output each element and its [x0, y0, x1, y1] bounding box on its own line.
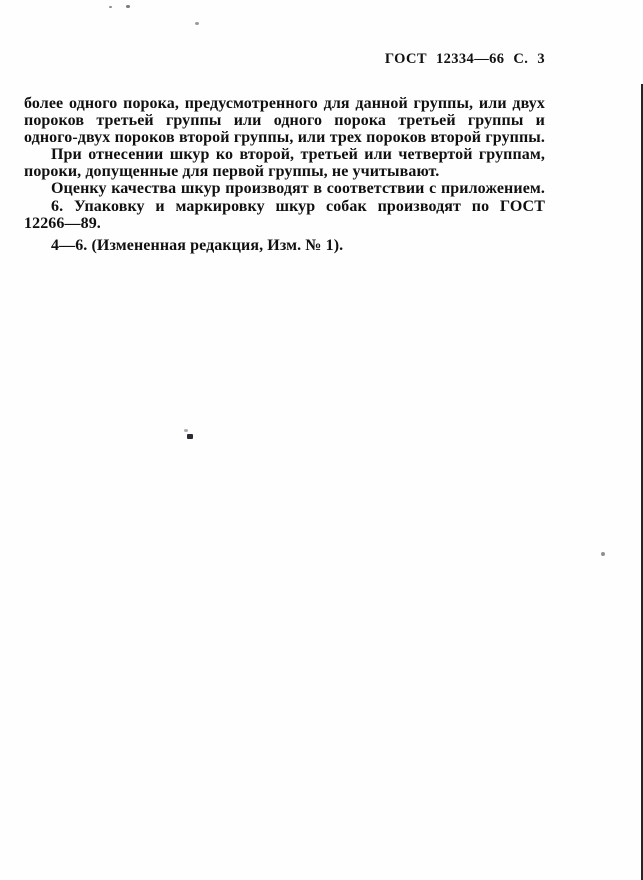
- text-line: Оценку качества шкур производят в соотве…: [24, 180, 545, 197]
- scan-speck: [601, 552, 605, 556]
- scan-speck: [195, 22, 199, 25]
- text-line: 4—6. (Измененная редакция, Изм. № 1).: [24, 237, 545, 254]
- scan-speck: [184, 429, 188, 432]
- text-line: более одного порока, предусмотренного дл…: [24, 95, 545, 112]
- text-line: При отнесении шкур ко второй, третьей ил…: [24, 146, 545, 163]
- text-line: 6. Упаковку и маркировку шкур собак прои…: [24, 198, 545, 215]
- scan-speck: [126, 5, 130, 8]
- page-header-standard-number: ГОСТ 12334—66 С. 3: [385, 51, 545, 68]
- text-line: пороки, допущенные для первой группы, не…: [24, 163, 545, 180]
- text-line: одного-двух пороков второй группы, или т…: [24, 129, 545, 146]
- text-block: более одного порока, предусмотренного дл…: [24, 95, 545, 254]
- text-line: 12266—89.: [24, 215, 545, 232]
- scanned-document-page: ГОСТ 12334—66 С. 3 более одного порока, …: [0, 0, 643, 880]
- scan-speck: [187, 434, 193, 439]
- scan-speck: [109, 6, 112, 8]
- text-line: пороков третьей группы или одного порока…: [24, 112, 545, 129]
